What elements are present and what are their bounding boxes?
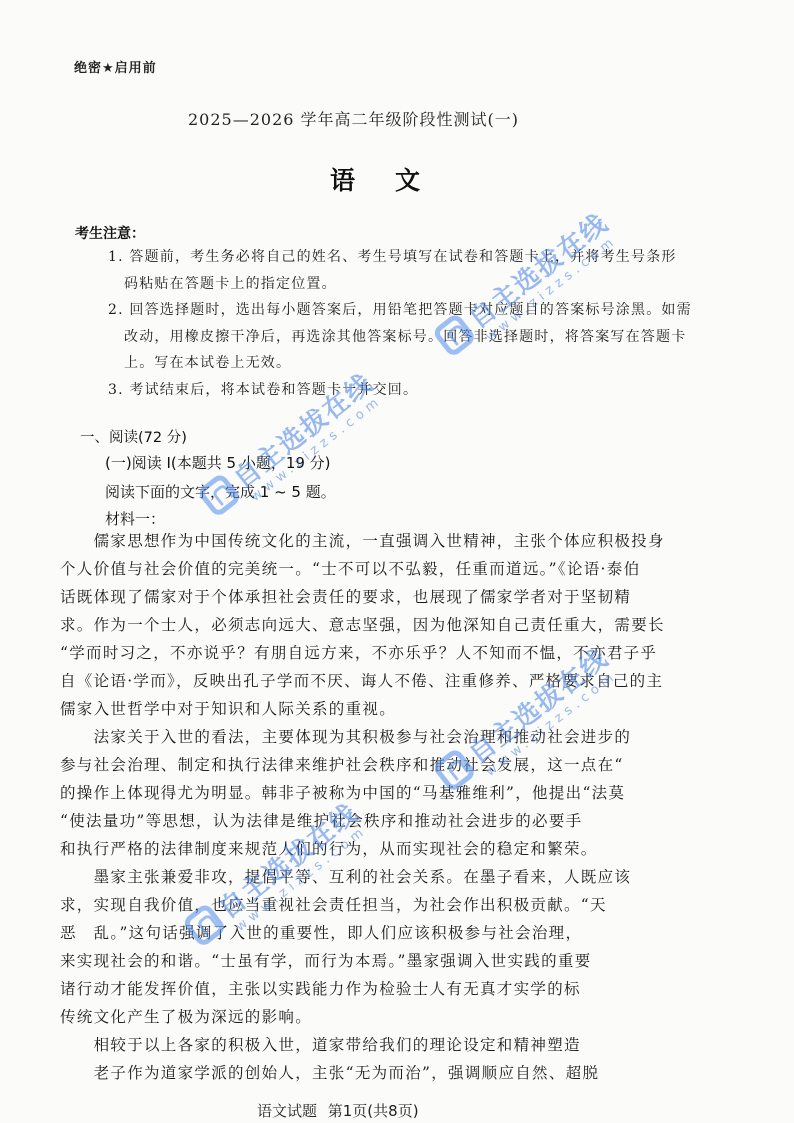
subject-char: 语 xyxy=(330,161,355,197)
subject-title: 语文 xyxy=(330,161,420,197)
notice-line: 2. 回答选择题时，选出每小题答案后，用铅笔把答题卡对应题目的答案标号涂黑。如需 xyxy=(108,297,748,324)
passage-line: 墨家主张兼爱非攻，提倡平等、互利的社会关系。在墨子看来，人既应该 xyxy=(60,863,690,891)
notice-line: 3. 考试结束后，将本试卷和答题卡一并交回。 xyxy=(108,377,748,404)
reading-instruction: 阅读下面的文字，完成 1 ~ 5 题。 xyxy=(105,481,336,502)
sub-section-heading: (一)阅读 I(本题共 5 小题，19 分) xyxy=(105,452,331,473)
passage-line: 儒家思想作为中国传统文化的主流，一直强调入世精神，主张个体应积极投身 xyxy=(60,527,690,555)
exam-page: 绝密★启用前 2025—2026 学年高二年级阶段性测试(一) 语文 考生注意：… xyxy=(0,0,794,1123)
passage-line: 求。作为一个士人，必须志向远大、意志坚强，因为他深知自己责任重大，需要长 xyxy=(60,611,690,639)
passage-line: 和执行严格的法律制度来规范人们的行为，从而实现社会的稳定和繁荣。 xyxy=(60,835,690,863)
passage-line: 诸行动才能发挥价值，主张以实践能力作为检验士人有无真才实学的标 xyxy=(60,975,690,1003)
passage-line: 求，实现自我价值，也应当重视社会责任担当，为社会作出积极贡献。“天 xyxy=(60,891,690,919)
passage-line: 个人价值与社会价值的完美统一。“士不可以不弘毅，任重而道远。”《论语·泰伯 xyxy=(60,555,690,583)
notice-list: 1. 答题前，考生务必将自己的姓名、考生号填写在试卷和答题卡上，并将考生号条形 … xyxy=(108,244,748,403)
notice-heading: 考生注意： xyxy=(75,223,145,243)
passage-line: “使法量功”等思想，认为法律是维护社会秩序和推动社会进步的必要手 xyxy=(60,807,690,835)
material-label: 材料一： xyxy=(105,508,165,529)
passage-line: “学而时习之，不亦说乎？有朋自远方来，不亦乐乎？人不知而不愠，不亦君子乎 xyxy=(60,639,690,667)
passage-line: 传统文化产生了极为深远的影响。 xyxy=(60,1003,690,1031)
page-footer: 语文试题 第1页(共8页) xyxy=(257,1100,419,1121)
section-heading: 一、阅读(72 分) xyxy=(80,426,187,447)
passage-line: 参与社会治理、制定和执行法律来维护社会秩序和推动社会发展，这一点在“ xyxy=(60,751,690,779)
notice-line: 1. 答题前，考生务必将自己的姓名、考生号填写在试卷和答题卡上，并将考生号条形 xyxy=(108,244,748,271)
confidential-label: 绝密★启用前 xyxy=(74,57,157,76)
passage-line: 的操作上体现得尤为明显。韩非子被称为中国的“马基雅维利”，他提出“法莫 xyxy=(60,779,690,807)
exam-title: 2025—2026 学年高二年级阶段性测试(一) xyxy=(188,107,628,130)
passage-line: 法家关于入世的看法，主要体现为其积极参与社会治理和推动社会进步的 xyxy=(60,723,690,751)
notice-line: 改动，用橡皮擦干净后，再选涂其他答案标号。回答非选择题时，将答案写在答题卡 xyxy=(108,324,748,351)
notice-line: 码粘贴在答题卡上的指定位置。 xyxy=(108,271,748,298)
notice-line: 上。写在本试卷上无效。 xyxy=(108,350,748,377)
subject-char: 文 xyxy=(395,161,420,197)
passage-line: 儒家入世哲学中对于知识和人际关系的重视。 xyxy=(60,695,690,723)
passage-body: 儒家思想作为中国传统文化的主流，一直强调入世精神，主张个体应积极投身 个人价值与… xyxy=(60,527,794,1087)
passage-line: 来实现社会的和谐。“士虽有学，而行为本焉。”墨家强调入世实践的重要 xyxy=(60,947,690,975)
passage-line: 自《论语·学而》，反映出孔子学而不厌、诲人不倦、注重修养、严格要求自己的主 xyxy=(60,667,690,695)
passage-line: 老子作为道家学派的创始人，主张“无为而治”，强调顺应自然、超脱 xyxy=(60,1059,690,1087)
passage-line: 话既体现了儒家对于个体承担社会责任的要求，也展现了儒家学者对于坚韧精 xyxy=(60,583,690,611)
passage-line: 恶 乱。”这句话强调了入世的重要性，即人们应该积极参与社会治理， xyxy=(60,919,690,947)
passage-line: 相较于以上各家的积极入世，道家带给我们的理论设定和精神塑造 xyxy=(60,1031,690,1059)
